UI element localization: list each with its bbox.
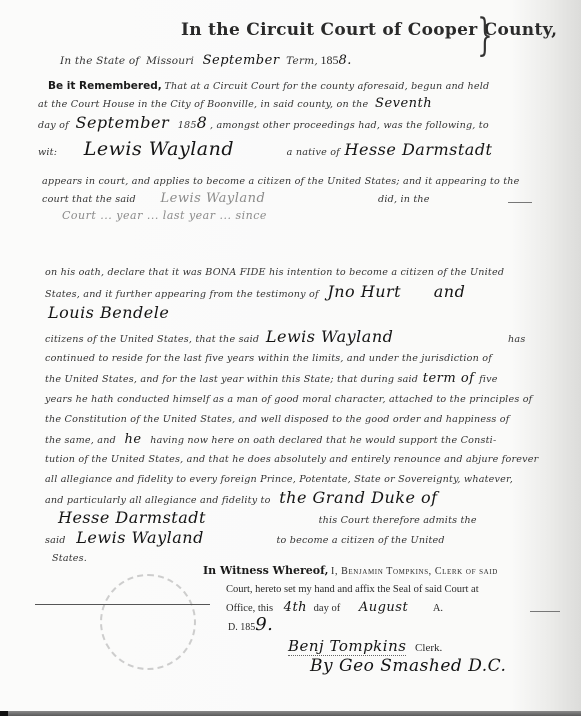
body-line-3: day of September 1858 , amongst other pr… — [38, 117, 489, 132]
year-printed: 185 — [178, 120, 197, 131]
body-text: five — [479, 374, 498, 385]
applicant-name-2: Lewis Wayland — [266, 327, 394, 346]
body-text: citizens of the United States, that the … — [45, 334, 259, 345]
clerk-intro: I, Benjamin Tompkins, Clerk of said — [331, 566, 498, 577]
body-line-14: years he hath conducted himself as a man… — [45, 394, 532, 406]
term-hand: term of — [423, 371, 475, 386]
clerk-label: Clerk. — [415, 642, 442, 654]
deputy-signature: By Geo Smashed D.C. — [310, 656, 506, 676]
body-text: said — [45, 535, 66, 546]
court-title: In the Circuit Court of Cooper County, — [181, 24, 557, 36]
clerk-signature: Benj Tompkins — [288, 637, 406, 656]
attestation-line-1: In Witness Whereof, I, Benjamin Tompkins… — [203, 565, 498, 578]
body-line-20: Hesse Darmstadt this Court therefore adm… — [58, 512, 477, 527]
attest-day: 4th — [284, 600, 307, 615]
body-line-2: at the Court House in the City of Boonvi… — [38, 98, 432, 111]
state-line: In the State of Missouri September Term,… — [60, 54, 352, 68]
body-line-13: the United States, and for the last year… — [45, 373, 498, 386]
body-line-10: Louis Bendele — [48, 307, 169, 322]
body-text: and particularly all allegiance and fide… — [45, 495, 271, 506]
body-text: all allegiance and fidelity to every for… — [45, 474, 513, 485]
body-line-17: tution of the United States, and that he… — [45, 454, 538, 466]
body-line-18: all allegiance and fidelity to every for… — [45, 474, 513, 486]
attestation-line-2: Court, hereto set my hand and affix the … — [226, 584, 479, 596]
year-hand: 8 — [197, 113, 208, 132]
body-text: , amongst other proceedings had, was the… — [210, 120, 489, 131]
court-seal-impression — [100, 574, 196, 670]
attestation-text: A. — [433, 603, 443, 614]
scan-bottom-edge — [0, 711, 581, 716]
document-page: In the Circuit Court of Cooper County, }… — [0, 0, 581, 716]
attestation-text: Office, this — [226, 603, 273, 614]
attest-month: August — [359, 600, 408, 615]
body-text: a native of — [287, 147, 340, 158]
witness-1-name: Jno Hurt — [327, 282, 401, 301]
sovereign-hand: the Grand Duke of — [279, 488, 437, 507]
attest-year-printed: D. 185 — [228, 622, 255, 633]
and-hand: and — [434, 282, 466, 301]
attestation-text: day of — [314, 603, 341, 614]
body-text: to become a citizen of the United — [276, 535, 444, 546]
body-text: day of — [38, 120, 69, 131]
body-line-5: appears in court, and applies to become … — [42, 176, 520, 188]
pronoun-hand: he — [125, 432, 142, 447]
body-text: That at a Circuit Court for the county a… — [164, 81, 489, 92]
seal-rule-line — [35, 604, 210, 605]
dash-line — [508, 202, 532, 203]
applicant-name: Lewis Wayland — [84, 138, 234, 160]
body-line-4: wit: Lewis Wayland a native of Hesse Dar… — [38, 143, 492, 159]
faint-text: Court ... year ... last year ... since — [62, 209, 267, 222]
dash-line — [530, 611, 560, 612]
attest-year-hand: 9. — [255, 614, 273, 635]
body-line-6: court that the said Lewis Wayland did, i… — [42, 193, 430, 206]
body-line-15: the Constitution of the United States, a… — [45, 414, 510, 426]
applicant-name-3: Lewis Wayland — [76, 528, 204, 547]
body-text: wit: — [38, 147, 57, 158]
in-witness-whereof: In Witness Whereof, — [203, 564, 328, 577]
faint-name: Lewis Wayland — [161, 191, 266, 206]
term-year-printed: 185 — [321, 53, 339, 67]
be-it-remembered: Be it Remembered, — [48, 80, 162, 92]
body-text: has — [508, 334, 525, 345]
witness-2-name: Louis Bendele — [48, 303, 169, 322]
body-line-19: and particularly all allegiance and fide… — [45, 492, 438, 507]
body-text: on his oath, declare that it was BONA FI… — [45, 267, 504, 278]
renounced-state: Hesse Darmstadt — [58, 508, 206, 527]
body-line-9: States, and it further appearing from th… — [45, 286, 465, 301]
body-text: appears in court, and applies to become … — [42, 176, 520, 187]
body-text: did, in the — [378, 194, 430, 205]
body-text: at the Court House in the City of Boonvi… — [38, 99, 368, 110]
session-month: September — [75, 113, 169, 132]
body-text: States, and it further appearing from th… — [45, 289, 319, 300]
body-text: tution of the United States, and that he… — [45, 454, 538, 465]
native-country: Hesse Darmstadt — [345, 140, 493, 159]
attestation-line-4: D. 1859. — [228, 619, 273, 634]
body-text: the Constitution of the United States, a… — [45, 414, 510, 425]
body-line-16: the same, and he having now here on oath… — [45, 434, 496, 447]
attestation-text: Court, hereto set my hand and affix the … — [226, 584, 479, 595]
body-text: this Court therefore admits the — [319, 515, 477, 526]
term-month: September — [203, 53, 280, 68]
body-line-11: citizens of the United States, that the … — [45, 331, 525, 346]
state-prefix: In the State of — [60, 55, 139, 67]
term-label: Term, — [286, 55, 318, 67]
body-line-21: said Lewis Wayland to become a citizen o… — [45, 532, 445, 547]
body-line-7: Court ... year ... last year ... since — [62, 210, 267, 223]
body-text: the United States, and for the last year… — [45, 374, 418, 385]
clerk-signature-line: Benj Tompkins Clerk. — [288, 640, 442, 655]
deputy-signature-line: By Geo Smashed D.C. — [310, 660, 506, 675]
state-name: Missouri — [146, 55, 194, 67]
body-line-22: States. — [52, 553, 87, 565]
curly-brace: } — [477, 14, 492, 58]
body-text: the same, and — [45, 435, 116, 446]
body-text: States. — [52, 553, 87, 564]
day-ordinal: Seventh — [375, 96, 432, 111]
term-year-hand: 8. — [339, 53, 352, 68]
body-line-1: Be it Remembered, That at a Circuit Cour… — [48, 80, 489, 93]
body-text: continued to reside for the last five ye… — [45, 353, 492, 364]
body-text: years he hath conducted himself as a man… — [45, 394, 532, 405]
body-text: having now here on oath declared that he… — [150, 435, 496, 446]
body-line-8: on his oath, declare that it was BONA FI… — [45, 267, 504, 279]
body-line-12: continued to reside for the last five ye… — [45, 353, 492, 365]
body-text: court that the said — [42, 194, 136, 205]
